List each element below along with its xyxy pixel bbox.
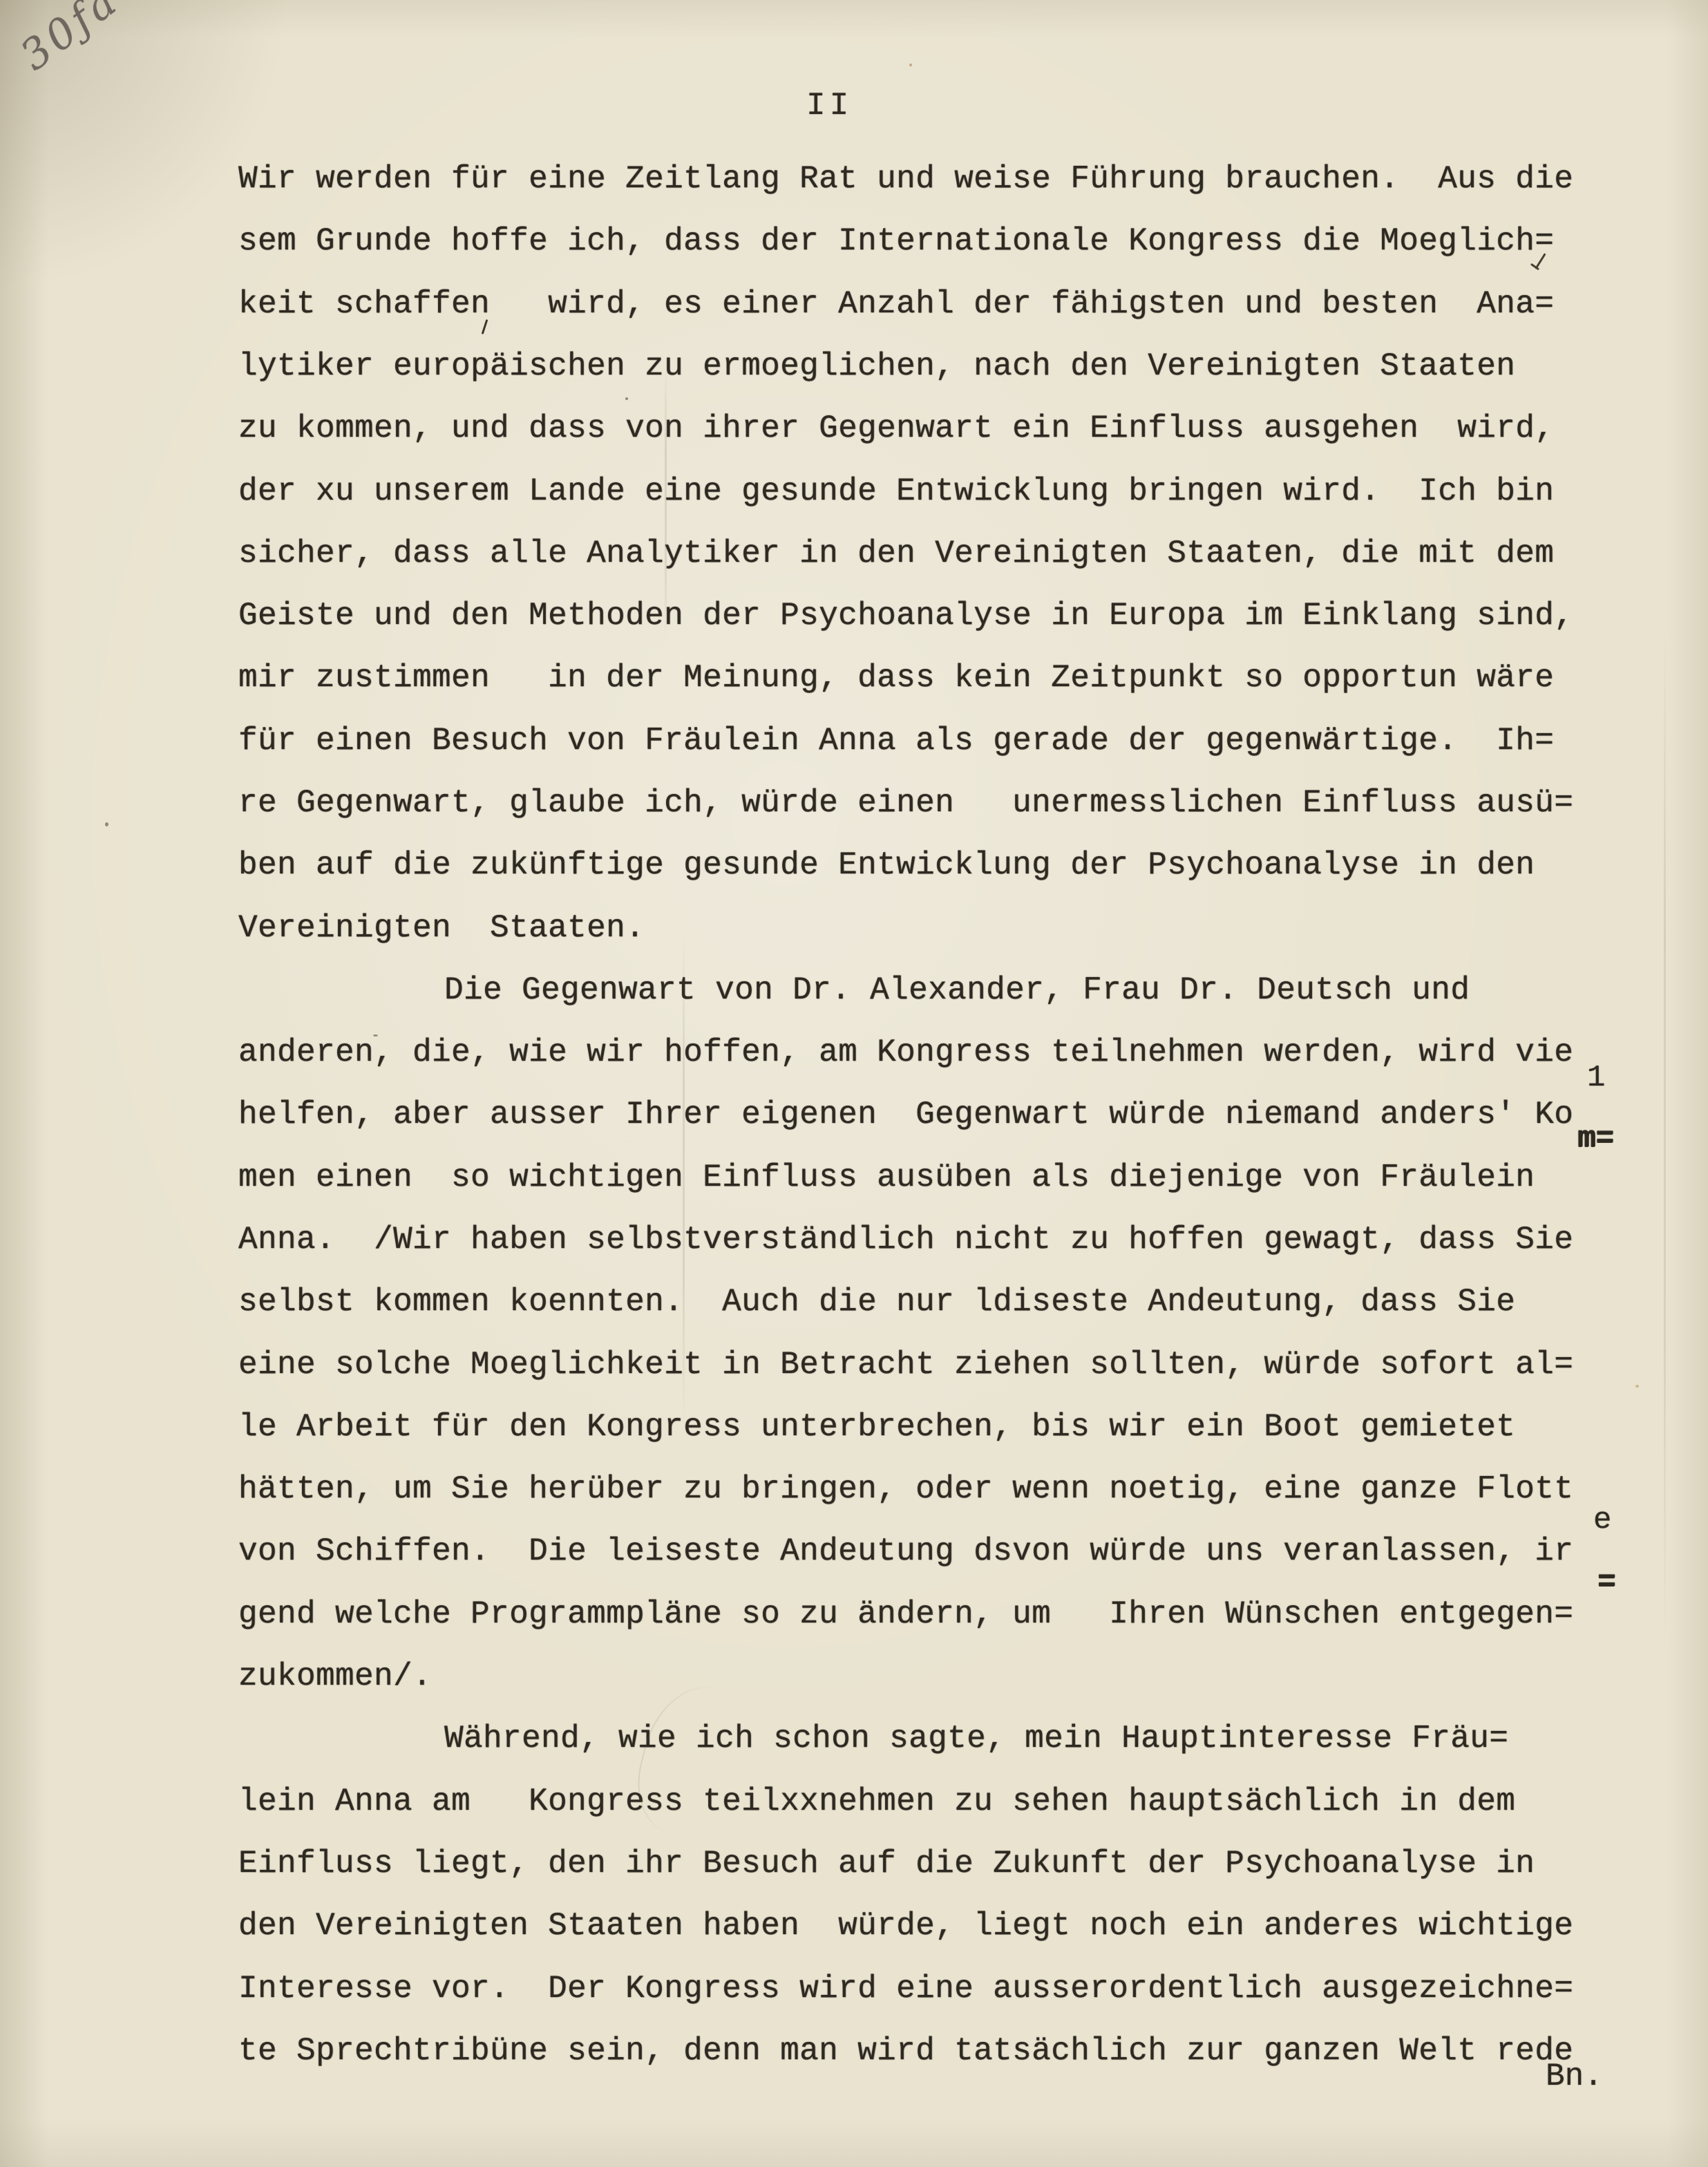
typed-line: sem Grunde hoffe ich, dass der Internati… xyxy=(238,223,1554,260)
typed-line: für einen Besuch von Fräulein Anna als g… xyxy=(238,723,1554,759)
paper-speck xyxy=(1635,1385,1639,1388)
paper-speck xyxy=(625,397,628,400)
typed-line: re Gegenwart, glaube ich, würde einen un… xyxy=(238,785,1573,822)
margin-insertion-m: m= xyxy=(1577,1124,1614,1154)
typed-line: anderen, die, wie wir hoffen, am Kongres… xyxy=(238,1034,1573,1071)
typed-line: zu kommen, und dass von ihrer Gegenwart … xyxy=(238,410,1554,447)
typed-line: Wir werden für eine Zeitlang Rat und wei… xyxy=(238,161,1573,198)
paper-speck xyxy=(909,64,912,66)
typed-line-paragraph-start: Die Gegenwart von Dr. Alexander, Frau Dr… xyxy=(238,972,1470,1009)
margin-insertion-equals: = xyxy=(1597,1567,1615,1598)
superscript-correction-l: 1 xyxy=(1587,1063,1605,1093)
typed-line: den Vereinigten Staaten haben würde, lie… xyxy=(238,1908,1573,1944)
typed-line: sicher, dass alle Analytiker in den Vere… xyxy=(238,536,1554,572)
typed-line: gend welche Programmpläne so zu ändern, … xyxy=(238,1596,1573,1633)
typed-line: der xu unserem Lande eine gesunde Entwic… xyxy=(238,473,1554,510)
typed-line: Interesse vor. Der Kongress wird eine au… xyxy=(238,1971,1573,2007)
typed-line: hätten, um Sie herüber zu bringen, oder … xyxy=(238,1471,1573,1508)
paper-crease-arc xyxy=(626,1675,771,1850)
typed-line: Anna. /Wir haben selbstverständlich nich… xyxy=(238,1222,1573,1258)
typed-line: lein Anna am Kongress teilxxnehmen zu se… xyxy=(238,1783,1515,1820)
typed-line-paragraph-start: Während, wie ich schon sagte, mein Haupt… xyxy=(238,1721,1508,1757)
typed-line: lytiker europäischen zu ermoeglichen, na… xyxy=(238,348,1515,385)
typed-line: Einfluss liegt, den ihr Besuch auf die Z… xyxy=(238,1846,1535,1882)
typed-line: von Schiffen. Die leiseste Andeutung dsv… xyxy=(238,1533,1573,1570)
paper-crease xyxy=(1664,622,1666,1658)
typed-line: selbst kommen koennten. Auch die nur ldi… xyxy=(238,1284,1515,1321)
typed-line: te Sprechtribüne sein, denn man wird tat… xyxy=(238,2033,1573,2070)
scanned-letter-page: { "page": { "number": "II", "handwritten… xyxy=(0,0,1708,2167)
typed-line: eine solche Moeglichkeit in Betracht zie… xyxy=(238,1347,1573,1383)
handwritten-archive-number: 30ƒa xyxy=(14,0,126,77)
typed-line: Geiste und den Methoden der Psychoanalys… xyxy=(238,598,1573,634)
line-end-fragment-bn: Bn. xyxy=(1546,2061,1603,2092)
page-number: II xyxy=(806,90,853,122)
typed-line: keit schaffen wird, es einer Anzahl der … xyxy=(238,286,1554,323)
typed-line: helfen, aber ausser Ihrer eigenen Gegenw… xyxy=(238,1097,1573,1133)
typed-line: le Arbeit für den Kongress unterbrechen,… xyxy=(238,1409,1515,1446)
paper-speck xyxy=(373,1034,378,1037)
typed-line: ben auf die zukünftige gesunde Entwicklu… xyxy=(238,847,1535,884)
superscript-correction-e: e xyxy=(1593,1505,1611,1535)
paper-speck xyxy=(105,822,108,826)
typed-line: Vereinigten Staaten. xyxy=(238,910,645,947)
typed-line: zukommen/. xyxy=(238,1658,432,1695)
typed-line: mir zustimmen in der Meinung, dass kein … xyxy=(238,660,1554,697)
typed-line: men einen so wichtigen Einfluss ausüben … xyxy=(238,1160,1535,1196)
